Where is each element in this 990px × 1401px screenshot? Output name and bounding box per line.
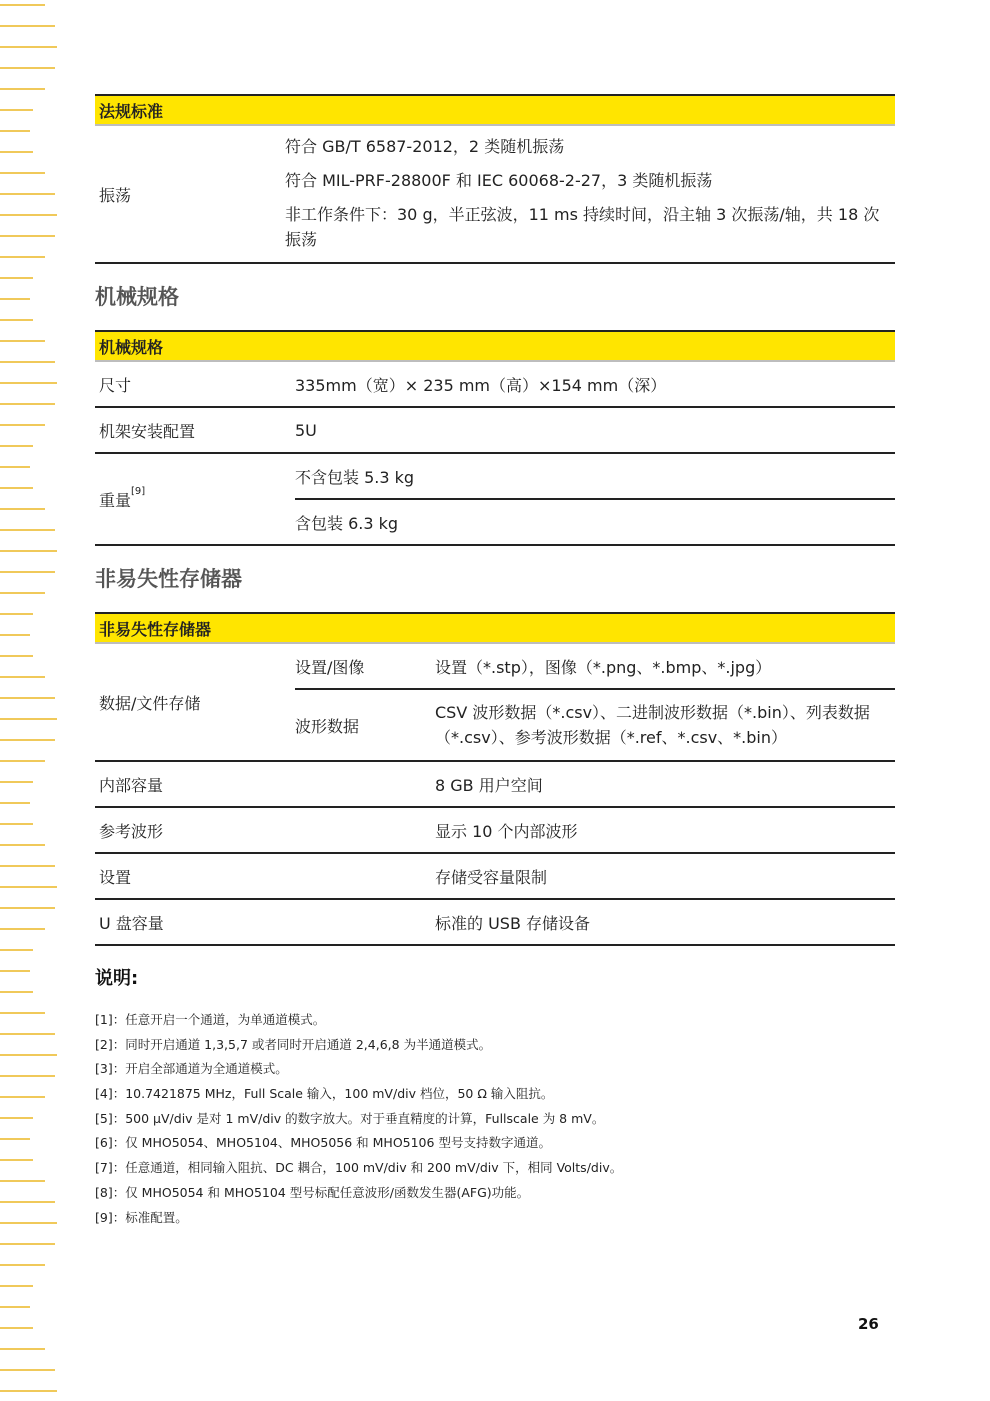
row-value: 不含包装 5.3 kg [295, 453, 895, 499]
stripe-line [0, 1369, 55, 1371]
stripe-line [0, 655, 33, 657]
stripe-line [0, 1306, 30, 1308]
stripe-line [0, 487, 33, 489]
stripe-line [0, 1327, 33, 1329]
stripe-line [0, 256, 45, 258]
row-value: 5U [295, 407, 895, 453]
stripe-line [0, 1117, 33, 1119]
stripe-line [0, 970, 30, 972]
stripe-line [0, 424, 45, 426]
note-item: [3]：开启全部通道为全通道模式。 [95, 1057, 895, 1082]
row-label: 重量[9] [95, 453, 295, 545]
row-value: CSV 波形数据（*.csv）、二进制波形数据（*.bin）、列表数据（*.cs… [435, 689, 895, 761]
stripe-line [0, 1222, 57, 1224]
row-label: 振荡 [95, 125, 285, 263]
stripe-line [0, 1180, 45, 1182]
stripe-line [0, 928, 45, 930]
note-item: [6]：仅 MHO5054、MHO5104、MHO5056 和 MHO5106 … [95, 1131, 895, 1156]
table-row: 尺寸 335mm（宽）× 235 mm（高）×154 mm（深） [95, 361, 895, 407]
footnote-ref: [9] [131, 486, 145, 497]
page-content: 法规标准 振荡 符合 GB/T 6587-2012，2 类随机振荡 符合 MIL… [95, 94, 895, 1230]
stripe-line [0, 1075, 55, 1077]
sub-label: 设置/图像 [295, 643, 435, 689]
stripe-line [0, 1348, 45, 1350]
stripe-line [0, 1054, 57, 1056]
table-row: 振荡 符合 GB/T 6587-2012，2 类随机振荡 符合 MIL-PRF-… [95, 125, 895, 263]
stripe-line [0, 676, 45, 678]
row-value: 符合 GB/T 6587-2012，2 类随机振荡 [285, 134, 891, 159]
stripe-line [0, 1012, 45, 1014]
row-label: 设置 [95, 853, 435, 899]
row-label: U 盘容量 [95, 899, 435, 945]
stripe-line [0, 172, 45, 174]
stripe-line [0, 844, 45, 846]
stripe-line [0, 46, 57, 48]
stripe-line [0, 1033, 55, 1035]
row-value: 335mm（宽）× 235 mm（高）×154 mm（深） [295, 361, 895, 407]
note-item: [2]：同时开启通道 1,3,5,7 或者同时开启通道 2,4,6,8 为半通道… [95, 1033, 895, 1058]
table-row: 重量[9] 不含包装 5.3 kg [95, 453, 895, 499]
stripe-line [0, 571, 55, 573]
row-value: 含包装 6.3 kg [295, 499, 895, 545]
stripe-line [0, 403, 55, 405]
weight-label: 重量 [99, 491, 131, 510]
stripe-line [0, 67, 55, 69]
stripe-line [0, 4, 45, 6]
stripe-line [0, 1159, 33, 1161]
decorative-stripes [0, 0, 70, 1401]
mechanical-table: 机械规格 尺寸 335mm（宽）× 235 mm（高）×154 mm（深） 机架… [95, 330, 895, 546]
table-row: 内部容量 8 GB 用户空间 [95, 761, 895, 807]
table-row: U 盘容量 标准的 USB 存储设备 [95, 899, 895, 945]
table-header: 非易失性存储器 [95, 613, 895, 643]
stripe-line [0, 361, 55, 363]
stripe-line [0, 886, 57, 888]
stripe-line [0, 529, 55, 531]
stripe-line [0, 277, 33, 279]
stripe-line [0, 613, 33, 615]
stripe-line [0, 88, 45, 90]
stripe-line [0, 739, 55, 741]
row-value: 显示 10 个内部波形 [435, 807, 895, 853]
row-value: 存储受容量限制 [435, 853, 895, 899]
stripe-line [0, 214, 57, 216]
table-row: 机架安装配置 5U [95, 407, 895, 453]
stripe-line [0, 1390, 57, 1392]
row-value: 8 GB 用户空间 [435, 761, 895, 807]
stripe-line [0, 634, 30, 636]
row-value: 非工作条件下：30 g，半正弦波，11 ms 持续时间，沿主轴 3 次振荡/轴，… [285, 202, 891, 252]
section-title-mechanical: 机械规格 [95, 264, 895, 330]
note-item: [1]：任意开启一个通道，为单通道模式。 [95, 1008, 895, 1033]
note-item: [5]：500 μV/div 是对 1 mV/div 的数字放大。对于垂直精度的… [95, 1107, 895, 1132]
table-row: 数据/文件存储 设置/图像 设置（*.stp），图像（*.png、*.bmp、*… [95, 643, 895, 689]
stripe-line [0, 1096, 45, 1098]
table-header: 机械规格 [95, 331, 895, 361]
stripe-line [0, 697, 55, 699]
row-label: 机架安装配置 [95, 407, 295, 453]
stripe-line [0, 592, 45, 594]
row-label: 尺寸 [95, 361, 295, 407]
note-item: [8]：仅 MHO5054 和 MHO5104 型号标配任意波形/函数发生器(A… [95, 1181, 895, 1206]
stripe-line [0, 991, 33, 993]
stripe-line [0, 151, 33, 153]
row-value: 标准的 USB 存储设备 [435, 899, 895, 945]
stripe-line [0, 1243, 55, 1245]
row-value: 设置（*.stp），图像（*.png、*.bmp、*.jpg） [435, 643, 895, 689]
note-item: [4]：10.7421875 MHz，Full Scale 输入，100 mV/… [95, 1082, 895, 1107]
row-value: 符合 MIL-PRF-28800F 和 IEC 60068-2-27，3 类随机… [285, 168, 891, 193]
row-values: 符合 GB/T 6587-2012，2 类随机振荡 符合 MIL-PRF-288… [285, 125, 895, 263]
note-item: [9]：标准配置。 [95, 1206, 895, 1231]
stripe-line [0, 907, 55, 909]
row-label: 数据/文件存储 [95, 643, 295, 761]
notes-title: 说明: [95, 964, 895, 994]
storage-table: 非易失性存储器 数据/文件存储 设置/图像 设置（*.stp），图像（*.png… [95, 612, 895, 946]
stripe-line [0, 1285, 33, 1287]
stripe-line [0, 1264, 45, 1266]
sub-label: 波形数据 [295, 689, 435, 761]
stripe-line [0, 340, 45, 342]
section-title-storage: 非易失性存储器 [95, 546, 895, 612]
stripe-line [0, 760, 45, 762]
table-row: 设置 存储受容量限制 [95, 853, 895, 899]
stripe-line [0, 25, 55, 27]
stripe-line [0, 235, 55, 237]
stripe-line [0, 193, 55, 195]
notes-list: [1]：任意开启一个通道，为单通道模式。 [2]：同时开启通道 1,3,5,7 … [95, 1008, 895, 1230]
stripe-line [0, 718, 57, 720]
stripe-line [0, 949, 33, 951]
stripe-line [0, 823, 33, 825]
stripe-line [0, 382, 57, 384]
stripe-line [0, 130, 30, 132]
page-number: 26 [858, 1315, 879, 1333]
stripe-line [0, 550, 57, 552]
row-label: 参考波形 [95, 807, 435, 853]
stripe-line [0, 445, 33, 447]
stripe-line [0, 1138, 30, 1140]
stripe-line [0, 508, 45, 510]
note-item: [7]：任意通道，相同输入阻抗、DC 耦合，100 mV/div 和 200 m… [95, 1156, 895, 1181]
stripe-line [0, 781, 33, 783]
row-label: 内部容量 [95, 761, 435, 807]
regulatory-table: 法规标准 振荡 符合 GB/T 6587-2012，2 类随机振荡 符合 MIL… [95, 94, 895, 264]
stripe-line [0, 109, 33, 111]
stripe-line [0, 466, 30, 468]
stripe-line [0, 298, 30, 300]
stripe-line [0, 865, 55, 867]
stripe-line [0, 1201, 55, 1203]
stripe-line [0, 802, 30, 804]
table-header: 法规标准 [95, 95, 895, 125]
table-row: 参考波形 显示 10 个内部波形 [95, 807, 895, 853]
stripe-line [0, 319, 33, 321]
